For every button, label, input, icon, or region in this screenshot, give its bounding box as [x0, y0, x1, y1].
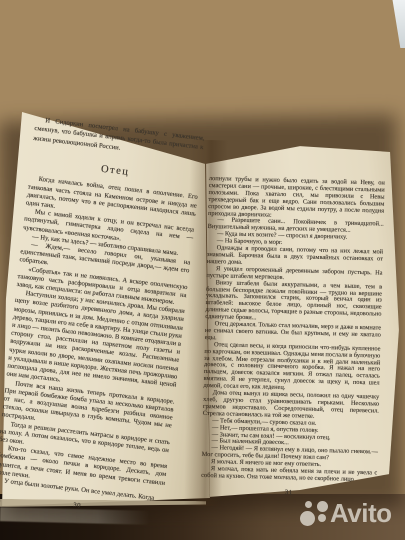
avito-logo-dot-big-icon [300, 511, 315, 526]
body-paragraph: Я молчал, пока мать не обняла меня за пл… [201, 466, 377, 484]
avito-logo-dot-bottom-right-icon [318, 514, 326, 522]
body-paragraph: лопнули трубы и нужно было ездить за вод… [208, 176, 385, 222]
avito-logo-dot-top-right-icon [317, 501, 328, 512]
avito-wordmark: Avito [330, 498, 392, 529]
photo-scene: И Сидоркин посмотрел на бабушку с уважен… [0, 0, 405, 540]
body-paragraph: Внизу штабеля были аккуратными, а чем вы… [205, 280, 382, 326]
right-page-text: лопнули трубы и нужно было ездить за вод… [201, 176, 385, 499]
body-paragraph: Отец сделал весы, и когда приносили что-… [203, 342, 380, 395]
avito-watermark: Avito [299, 497, 405, 537]
avito-logo-dot-small-icon [305, 501, 312, 508]
